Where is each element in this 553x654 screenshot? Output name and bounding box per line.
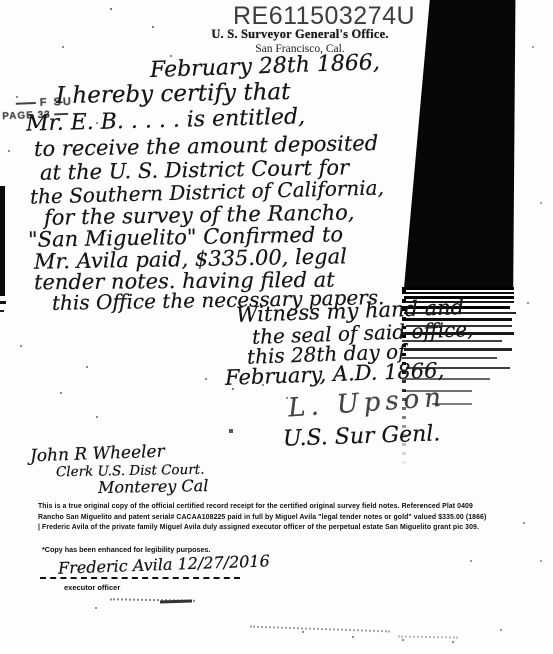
scan-noise-speckles bbox=[0, 0, 2, 2]
scan-dash-artifact bbox=[160, 599, 192, 603]
certification-line: | Frederic Avila of the private family M… bbox=[38, 523, 520, 534]
signature-underline bbox=[40, 577, 240, 579]
letter-line: I hereby certify that bbox=[56, 79, 291, 109]
certification-line: Rancho San Miguelito and patent serial# … bbox=[38, 513, 520, 524]
scan-dash-artifact bbox=[250, 626, 390, 633]
certification-text-block: This is a true original copy of the offi… bbox=[38, 502, 520, 534]
legibility-footnote: *Copy has been enhanced for legibility p… bbox=[42, 545, 211, 554]
executor-title: executor officer bbox=[64, 583, 120, 592]
office-name: U. S. Surveyor General's Office. bbox=[150, 27, 450, 42]
scan-dash-artifact bbox=[398, 635, 458, 638]
office-letterhead: U. S. Surveyor General's Office. San Fra… bbox=[150, 27, 450, 55]
scanned-document-page: RE611503274U U. S. Surveyor General's Of… bbox=[0, 0, 553, 654]
clerk-location: Monterey Cal bbox=[98, 476, 209, 497]
scanner-left-strip bbox=[0, 186, 5, 296]
scanner-left-dash bbox=[0, 301, 6, 304]
certification-line: This is a true original copy of the offi… bbox=[38, 502, 520, 513]
executor-signature: Frederic Avila 12/27/2016 bbox=[58, 551, 270, 577]
scanner-left-dash bbox=[0, 310, 4, 312]
